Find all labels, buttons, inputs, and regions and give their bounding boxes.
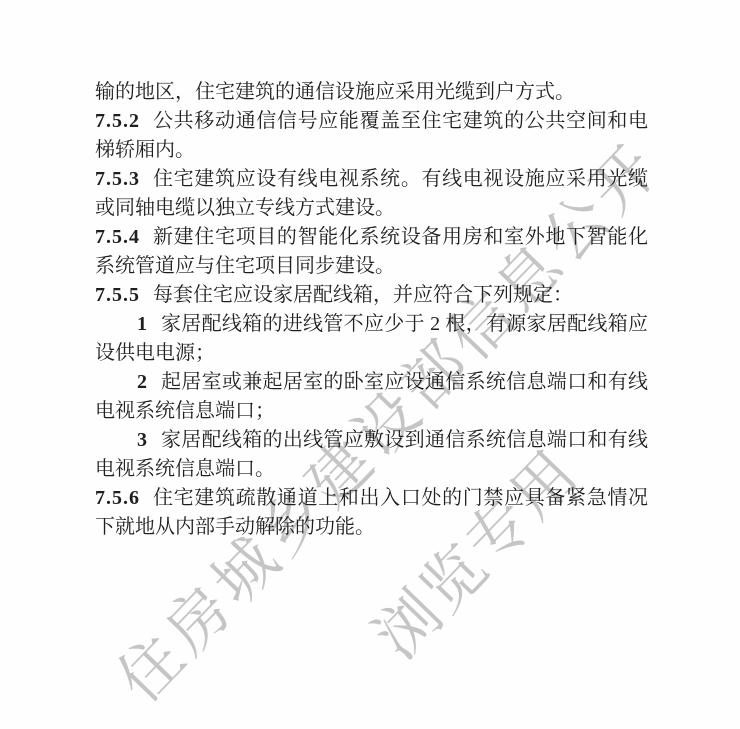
line-text: 设供电电源； <box>95 339 648 368</box>
document-page: 住房城乡建设部信息公开 浏览专用 输的地区，住宅建筑的通信设施应采用光缆到户方式… <box>0 0 740 729</box>
line-text: 每套住宅应设家居配线箱，并应符合下列规定： <box>153 281 648 310</box>
line-text: 住宅建筑应设有线电视系统。有线电视设施应采用光缆 <box>153 165 648 194</box>
line-text: 梯轿厢内。 <box>95 136 648 165</box>
clause-number: 7.5.4 <box>95 223 140 252</box>
text-line: 梯轿厢内。 <box>95 136 648 165</box>
line-text: 公共移动通信信号应能覆盖至住宅建筑的公共空间和电 <box>153 107 648 136</box>
line-text: 或同轴电缆以独立专线方式建设。 <box>95 194 648 223</box>
clause-number: 7.5.5 <box>95 281 140 310</box>
clause-number: 7.5.2 <box>95 107 140 136</box>
line-text: 家居配线箱的出线管应敷设到通信系统信息端口和有线 <box>161 426 648 455</box>
clause-number: 7.5.6 <box>95 484 140 513</box>
clause-number: 2 <box>137 368 148 397</box>
text-line: 3家居配线箱的出线管应敷设到通信系统信息端口和有线 <box>95 426 648 455</box>
text-line: 设供电电源； <box>95 339 648 368</box>
text-line: 系统管道应与住宅项目同步建设。 <box>95 252 648 281</box>
text-line: 7.5.5每套住宅应设家居配线箱，并应符合下列规定： <box>95 281 648 310</box>
clause-number: 1 <box>137 310 148 339</box>
text-line: 1家居配线箱的进线管不应少于 2 根，有源家居配线箱应 <box>95 310 648 339</box>
line-text: 住宅建筑疏散通道上和出入口处的门禁应具备紧急情况 <box>153 484 648 513</box>
text-line: 7.5.6住宅建筑疏散通道上和出入口处的门禁应具备紧急情况 <box>95 484 648 513</box>
line-text: 电视系统信息端口； <box>95 397 648 426</box>
text-line: 电视系统信息端口。 <box>95 455 648 484</box>
line-text: 输的地区，住宅建筑的通信设施应采用光缆到户方式。 <box>95 78 648 107</box>
text-line: 下就地从内部手动解除的功能。 <box>95 513 648 542</box>
text-line: 7.5.4新建住宅项目的智能化系统设备用房和室外地下智能化 <box>95 223 648 252</box>
text-line: 7.5.3住宅建筑应设有线电视系统。有线电视设施应采用光缆 <box>95 165 648 194</box>
clause-number: 7.5.3 <box>95 165 140 194</box>
text-line: 2起居室或兼起居室的卧室应设通信系统信息端口和有线 <box>95 368 648 397</box>
line-text: 电视系统信息端口。 <box>95 455 648 484</box>
line-text: 系统管道应与住宅项目同步建设。 <box>95 252 648 281</box>
clause-number: 3 <box>137 426 148 455</box>
line-text: 起居室或兼起居室的卧室应设通信系统信息端口和有线 <box>161 368 648 397</box>
line-text: 家居配线箱的进线管不应少于 2 根，有源家居配线箱应 <box>161 310 648 339</box>
text-line: 电视系统信息端口； <box>95 397 648 426</box>
text-line: 或同轴电缆以独立专线方式建设。 <box>95 194 648 223</box>
text-line: 输的地区，住宅建筑的通信设施应采用光缆到户方式。 <box>95 78 648 107</box>
standard-clause-text-block: 输的地区，住宅建筑的通信设施应采用光缆到户方式。7.5.2公共移动通信信号应能覆… <box>95 78 648 542</box>
text-line: 7.5.2公共移动通信信号应能覆盖至住宅建筑的公共空间和电 <box>95 107 648 136</box>
line-text: 新建住宅项目的智能化系统设备用房和室外地下智能化 <box>153 223 648 252</box>
line-text: 下就地从内部手动解除的功能。 <box>95 513 648 542</box>
